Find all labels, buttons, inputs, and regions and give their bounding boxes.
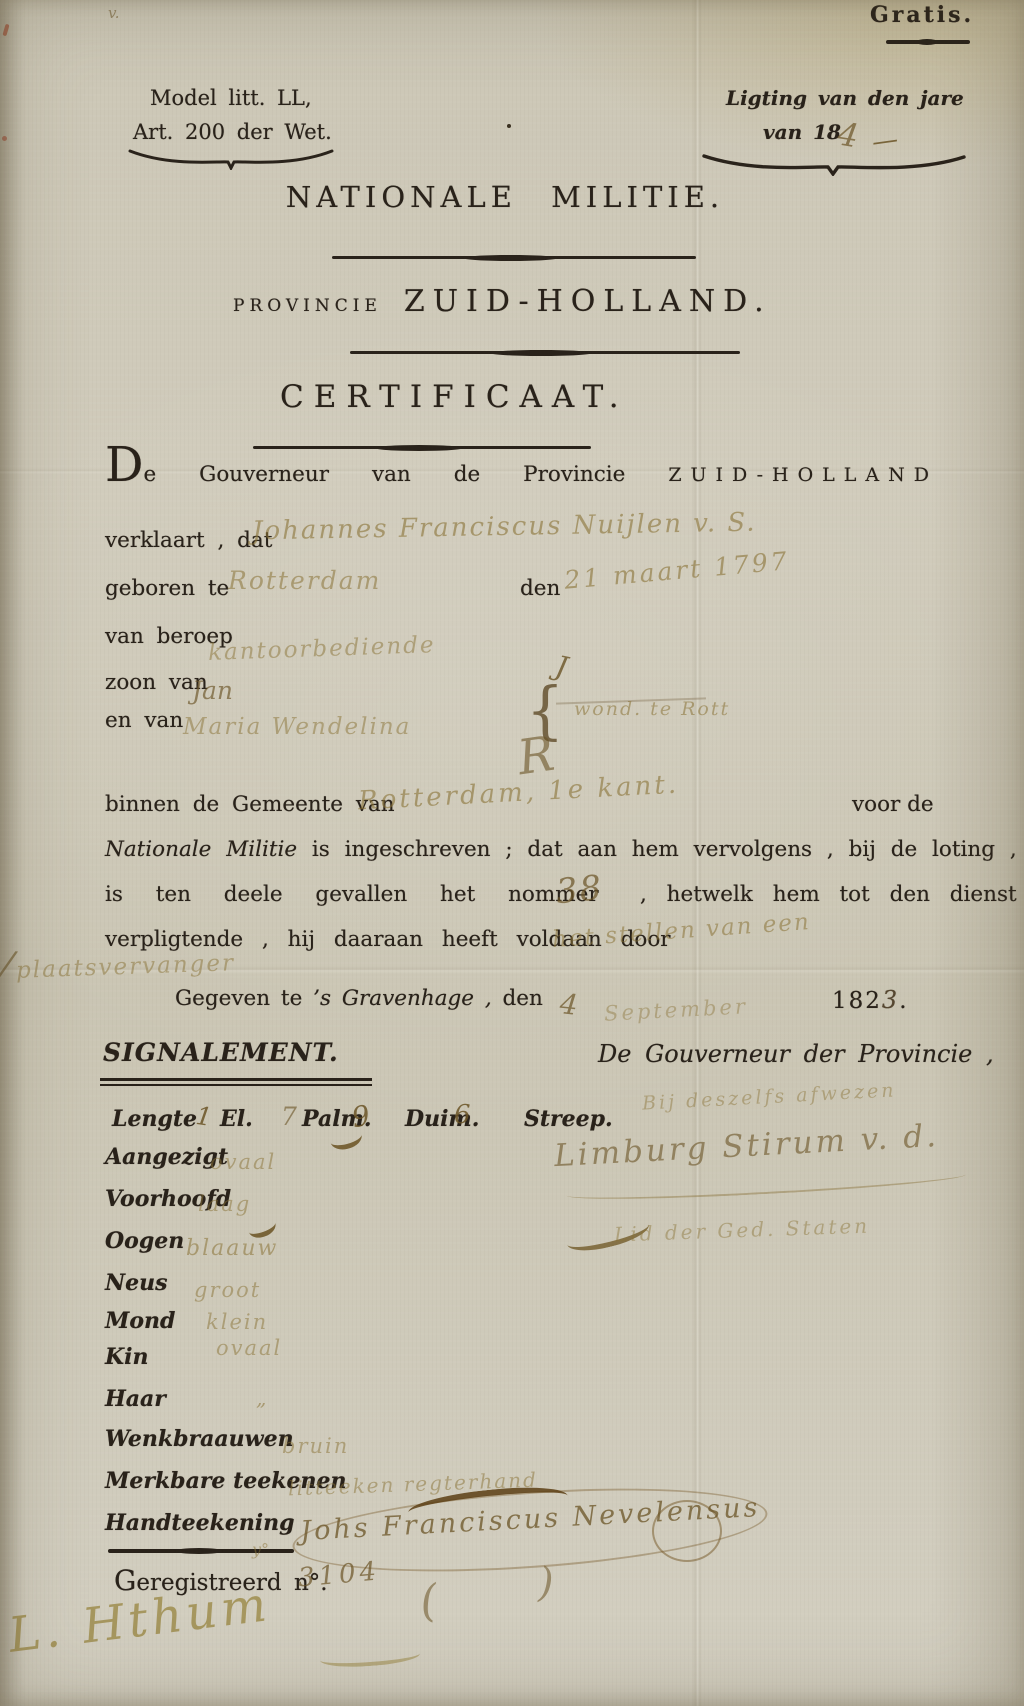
nommer-post-text: , hetwelk hem tot den dienst — [640, 882, 1017, 907]
ingeschreven-text: is ingeschreven ; dat aan hem vervolgens… — [312, 837, 1017, 862]
title-nationale-militie: NATIONALE MILITIE. — [255, 180, 755, 214]
lid-ged-staten-handwritten: Lid der Ged. Staten — [614, 1214, 871, 1247]
gemeente-handwritten: Rotterdam, 1e kant. — [357, 770, 679, 817]
militie-ingeschreven-line: Nationale Militie is ingeschreven ; dat … — [105, 837, 938, 862]
lotingsnommer-handwritten: 38 — [554, 868, 605, 913]
row-label-oogen: Oogen — [105, 1228, 184, 1254]
paren-right-flourish: ) — [538, 1560, 554, 1606]
voldaan-handwritten: het stellen van een — [551, 909, 811, 953]
signalement-heading: SIGNALEMENT. — [103, 1038, 339, 1067]
voor-de-label: voor de — [852, 792, 934, 817]
title-provincie-line: PROVINCIE ZUID-HOLLAND. — [233, 284, 772, 319]
ligting-line1: Ligting van den jare — [726, 86, 964, 110]
word-provincie: Provincie — [523, 462, 625, 487]
jaartal-dot: . — [899, 988, 908, 1014]
maand-handwritten: September — [603, 994, 748, 1026]
name-handwritten: Johannes Franciscus Nuijlen v. S. — [252, 508, 757, 547]
corner-annotation: v. — [108, 4, 119, 22]
model-reference-line1: Model litt. LL, — [150, 86, 312, 110]
dag-handwritten: 4 — [558, 987, 579, 1022]
jaartal: 1823. — [832, 986, 909, 1014]
bottom-scrawl-tail — [319, 1645, 420, 1670]
word-gouverneur: Gouverneur — [199, 462, 329, 487]
jaartal-print: 182 — [832, 988, 882, 1014]
row-label-haar: Haar — [105, 1386, 166, 1412]
row-label-neus: Neus — [105, 1270, 168, 1296]
paren-left-flourish: ( — [417, 1575, 439, 1628]
slash-handwritten: / — [0, 943, 16, 984]
vader-handwritten: Jan — [192, 676, 233, 705]
jaartal-handwritten-digit: 3 — [882, 986, 899, 1014]
geboortedatum-handwritten: 21 maart 1797 — [563, 546, 791, 595]
divider-rule-3 — [253, 446, 591, 449]
row-value-kin: ovaal — [216, 1336, 282, 1360]
den-label: den — [520, 576, 560, 601]
wonende-handwritten: wond. te Rott — [574, 698, 730, 720]
gegeven-line: Gegeven te ’s Gravenhage , den — [175, 986, 543, 1011]
row-value-mond: klein — [206, 1310, 268, 1334]
red-mark-left-edge — [2, 24, 9, 37]
verklaart-label: verklaart , dat — [105, 528, 272, 553]
gravenhage-italic: ’s Gravenhage , — [313, 986, 492, 1011]
word-de: de — [454, 462, 481, 487]
streep-unit: Streep. — [524, 1106, 613, 1132]
brace-under-model-ref — [126, 148, 336, 170]
signalement-double-rule — [100, 1078, 372, 1086]
small-marks-handwritten: y° — [252, 1540, 269, 1559]
row-value-haar: „ — [256, 1386, 266, 1410]
row-label-wenkbraauwen: Wenkbraauwen — [105, 1426, 294, 1452]
lengte-label: Lengte — [112, 1106, 197, 1132]
lengte-el-value: 1 — [194, 1101, 214, 1132]
title-certificaat: CERTIFICAAT. — [280, 379, 629, 415]
signature-underswash — [566, 1166, 966, 1205]
registration-number-handwritten: 3104 — [297, 1556, 381, 1593]
dropcap-de: De — [105, 456, 156, 487]
den-label-2: den — [503, 986, 543, 1011]
gouverneur-der-provincie-line: De Gouverneur der Provincie , — [598, 1040, 994, 1068]
row-value-oogen: blaauw — [186, 1236, 278, 1261]
word-van: van — [372, 462, 411, 487]
moeder-handwritten: Maria Wendelina — [183, 714, 411, 740]
gratis-underline — [886, 40, 970, 44]
province-spaced: Zuid-Holland — [668, 464, 938, 486]
lengte-palm-value: 7 — [281, 1102, 297, 1131]
divider-rule-2 — [350, 351, 740, 354]
provincie-label: PROVINCIE — [233, 296, 382, 316]
ink-speck — [507, 124, 511, 128]
geboorteplaats-handwritten: Rotterdam — [228, 566, 381, 595]
scanned-certificate-document: v. Gratis. Model litt. LL, Art. 200 der … — [0, 0, 1024, 1706]
row-value-wenkbraauwen: bruin — [282, 1434, 349, 1458]
ligting-year-handwritten: 4 — [835, 115, 861, 156]
row-label-kin: Kin — [105, 1344, 148, 1370]
divider-rule-1 — [332, 256, 696, 259]
nationale-militie-italic: Nationale Militie — [105, 837, 297, 862]
row-value-aangezigt: ovaal — [210, 1150, 276, 1174]
provincie-name: ZUID-HOLLAND. — [404, 284, 772, 319]
red-dot-left-edge — [2, 136, 7, 141]
plaatsvervanger-handwritten: plaatsvervanger — [16, 950, 236, 984]
nommer-pre-text: is ten deele gevallen het nommer — [105, 882, 599, 907]
declaration-opening-line: De Gouverneur van de Provincie Zuid-Holl… — [105, 456, 938, 487]
gegeven-te: Gegeven te — [175, 986, 302, 1011]
ligting-line2: van 18 — [763, 120, 841, 144]
row-value-voorhoofd: laag — [198, 1192, 251, 1216]
brace-under-ligting — [700, 152, 968, 176]
row-label-mond: Mond — [105, 1308, 175, 1334]
row-value-neus: groot — [194, 1278, 261, 1302]
beroep-handwritten: kantoorbediende — [208, 632, 436, 666]
el-unit: El. — [220, 1106, 253, 1132]
model-reference-line2: Art. 200 der Wet. — [133, 120, 332, 144]
lengte-streep-value: 6 — [454, 1100, 471, 1130]
afwezen-handwritten: Bij deszelfs afwezen — [642, 1079, 897, 1114]
gratis-label: Gratis. — [870, 2, 974, 28]
gemeente-label: binnen de Gemeente van — [105, 792, 395, 817]
row-label-handteekening: Handteekening — [105, 1510, 295, 1536]
geboren-label: geboren te — [105, 576, 229, 601]
en-van-label: en van — [105, 708, 183, 733]
